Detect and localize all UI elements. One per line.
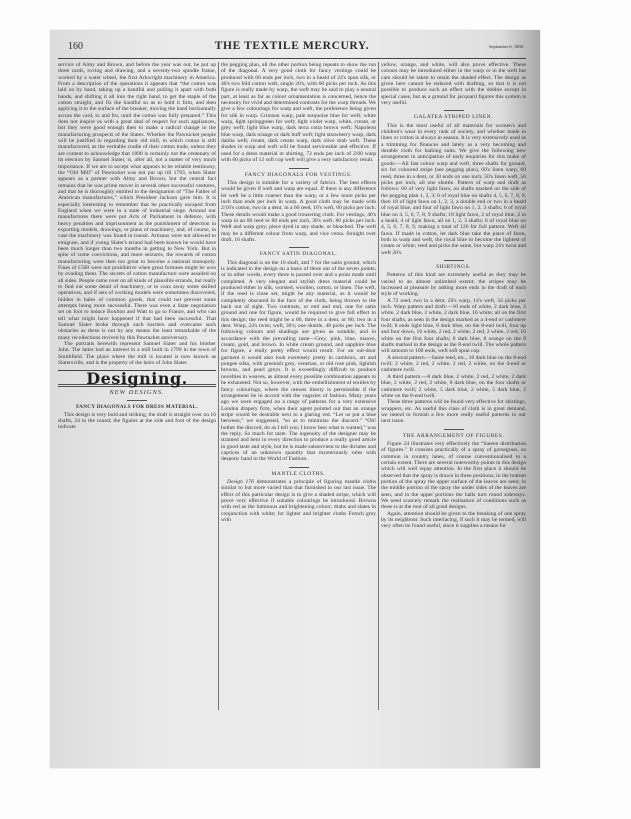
article-title: THE ARRANGEMENT OF FIGURES.: [381, 433, 526, 439]
article-title: FANCY SATIN DIAGONAL.: [221, 251, 376, 257]
article-title: SHIRTINGS.: [381, 264, 526, 270]
page-header: 160 THE TEXTILE MERCURY. September 6, 18…: [58, 38, 526, 59]
column-1: service of Almy and Brown, and before th…: [58, 62, 216, 431]
column-3: yellow, orange, and white, will also pro…: [381, 62, 526, 530]
article-paragraph: A second pattern.—Same reed, etc., 16 da…: [381, 355, 526, 374]
article-text: demonstrates a principle of figuring man…: [221, 479, 376, 523]
masthead-title: THE TEXTILE MERCURY.: [58, 40, 526, 52]
divider: [444, 429, 464, 430]
divider: [289, 168, 309, 169]
subsection-heading: NEW DESIGNS.: [58, 390, 216, 396]
column-2: the pegging plan, all the other portion …: [221, 62, 376, 523]
divider: [127, 400, 147, 401]
article-title: GALATEA STRIPED LINEN.: [381, 114, 526, 120]
article-paragraph: yellow, orange, and white, will also pro…: [381, 62, 526, 106]
article-paragraph: Figure 24 illustrates very effectively t…: [381, 441, 526, 511]
column-divider: [218, 62, 219, 710]
article-paragraph: Patterns of this kind are extremely usef…: [381, 272, 526, 297]
article-paragraph: This diagonal is on the 16 shaft, and 7 …: [221, 260, 376, 463]
divider: [444, 260, 464, 261]
article-title: FANCY DIAGONALS FOR VESTINGS.: [221, 172, 376, 178]
article-paragraph: A third pattern.—8 dark blue, 2 white, 2…: [381, 374, 526, 399]
divider: [289, 467, 309, 468]
article-paragraph: The portraits herewith represent Samuel …: [58, 341, 216, 366]
article-paragraph: service of Almy and Brown, and before th…: [58, 62, 216, 341]
article-paragraph: This design is suitable for a variety of…: [221, 180, 376, 243]
article-paragraph: Again, attention should be given to the …: [381, 511, 526, 530]
article-paragraph: This is the most useful of all materials…: [381, 123, 526, 256]
divider: [444, 110, 464, 111]
article-paragraph: Design 176 demonstrates a principle of f…: [221, 479, 376, 523]
newspaper-page: 160 THE TEXTILE MERCURY. September 6, 18…: [50, 30, 540, 768]
article-paragraph: the pegging plan, all the other portion …: [221, 62, 376, 164]
article-title: MANTLE CLOTHS.: [221, 471, 376, 477]
article-title: FANCY DIAGONALS FOR DRESS MATERIAL.: [58, 404, 216, 410]
article-paragraph: A 72 reed, two in a dent, 20's warp, 14'…: [381, 298, 526, 355]
article-paragraph: These three patterns will be found very …: [381, 399, 526, 424]
issue-date: September 6, 1890.: [489, 44, 524, 49]
divider: [289, 247, 309, 248]
section-heading: Designing.: [58, 376, 216, 382]
article-paragraph: This design is very bold and striking, t…: [58, 412, 216, 431]
column-divider: [378, 62, 379, 710]
